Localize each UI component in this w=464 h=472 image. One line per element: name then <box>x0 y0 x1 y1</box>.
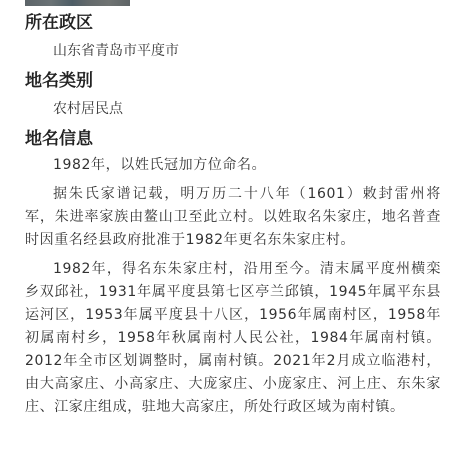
photo-image <box>25 0 130 6</box>
section-title-district: 所在政区 <box>25 12 441 34</box>
district-value: 山东省青岛市平度市 <box>25 40 441 62</box>
info-paragraph-1: 1982年，以姓氏冠加方位命名。 <box>25 154 441 177</box>
section-title-category: 地名类别 <box>25 70 441 92</box>
section-title-info: 地名信息 <box>25 128 441 150</box>
info-paragraph-2: 据朱氏家谱记载，明万历二十八年（1601）敕封雷州将军，朱进率家族由鳌山卫至此立… <box>25 183 441 252</box>
place-info-content: 所在政区 山东省青岛市平度市 地名类别 农村居民点 地名信息 1982年，以姓氏… <box>25 12 441 425</box>
info-paragraph-3: 1982年，得名东朱家庄村，沿用至今。清末属平度州横栾乡双邱社，1931年属平度… <box>25 258 441 419</box>
category-value: 农村居民点 <box>25 98 441 120</box>
